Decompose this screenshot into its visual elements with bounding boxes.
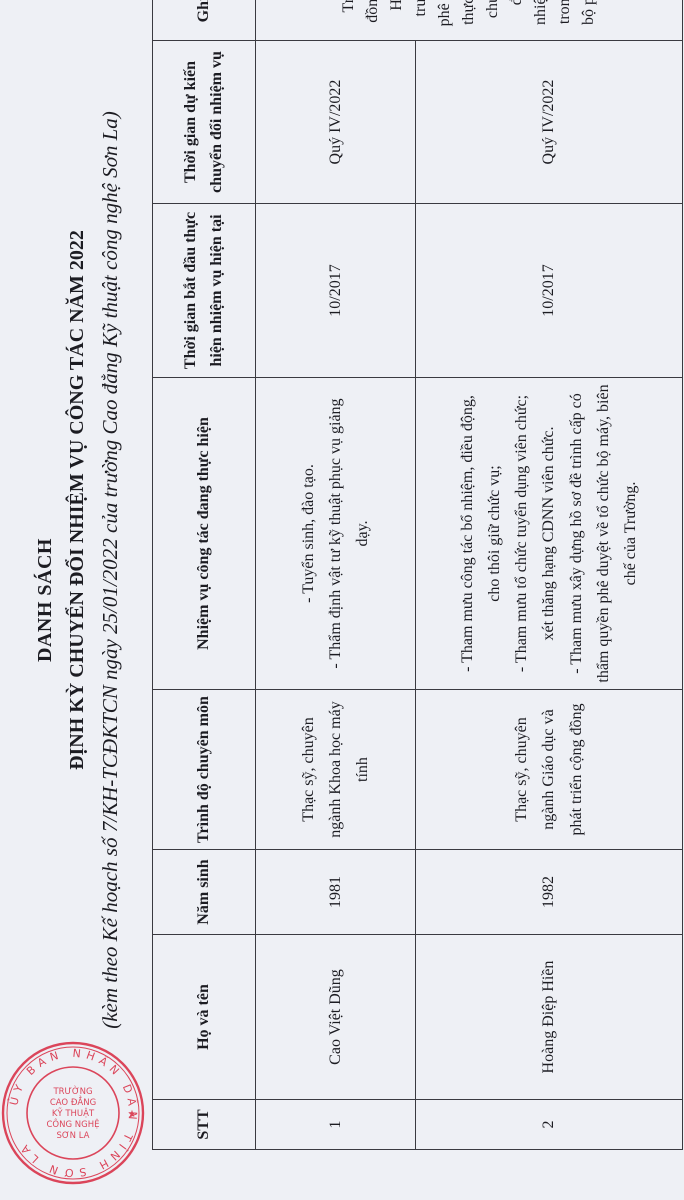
table-row: 1Cao Việt Dũng1981Thạc sỹ, chuyên ngành … [256, 0, 416, 1150]
cell-start-time: 10/2017 [256, 204, 416, 378]
header-start-time: Thời gian bắt đầu thực hiện nhiệm vụ hiệ… [153, 204, 256, 378]
task-rotation-table: STTHọ và tênNăm sinhTrình độ chuyên mônN… [152, 0, 684, 1150]
task-line: - Thẩm định vật tư kỹ thuật phục vụ giản… [322, 384, 376, 683]
cell-qualification: Thạc sỹ, chuyên ngành Giáo dục và phát t… [416, 690, 683, 850]
task-line: - Tuyển sinh, đào tạo. [295, 384, 322, 683]
task-line: - Tham mưu tổ chức tuyển dụng viên chức;… [508, 384, 562, 683]
svg-text:KỸ THUẬT: KỸ THUẬT [52, 1107, 95, 1119]
cell-stt: 2 [416, 1100, 683, 1150]
cell-qualification: Thạc sỹ, chuyên ngành Khoa học máy tính [256, 690, 416, 850]
header-qualification: Trình độ chuyên môn [153, 690, 256, 850]
cell-stt: 1 [256, 1100, 416, 1150]
rotated-document-page: DANH SÁCH ĐỊNH KỲ CHUYỂN ĐỔI NHIỆM VỤ CÔ… [0, 0, 684, 1200]
document-title: DANH SÁCH [34, 0, 57, 1200]
table-header-row: STTHọ và tênNăm sinhTrình độ chuyên mônN… [153, 0, 256, 1150]
note-line: trưởng [409, 0, 433, 34]
note-line: bộ phòng [577, 0, 601, 34]
cell-birth-year: 1982 [416, 850, 683, 935]
header-birth-year: Năm sinh [153, 850, 256, 935]
document-subtitle: ĐỊNH KỲ CHUYỂN ĐỔI NHIỆM VỤ CÔNG TÁC NĂM… [66, 0, 89, 1000]
cell-birth-year: 1981 [256, 850, 416, 935]
note-line: nhiệm vụ [529, 0, 553, 34]
header-tasks: Nhiệm vụ công tác đang thực hiện [153, 378, 256, 690]
note-line: đồng chí [361, 0, 385, 34]
cell-name: Cao Việt Dũng [256, 935, 416, 1100]
note-line: Hiệu [385, 0, 409, 34]
header-stt: STT [153, 1100, 256, 1150]
header-planned-change: Thời gian dự kiến chuyển đổi nhiệm vụ [153, 41, 256, 204]
cell-note: Trìnhđồng chíHiệutrưởngphê duyệtthực hiệ… [256, 0, 683, 41]
task-line: - Tham mưu xây dựng hồ sơ đề trình cấp c… [563, 384, 645, 683]
header-name: Họ và tên [153, 935, 256, 1100]
note-line: phê duyệt [433, 0, 457, 34]
cell-name: Hoàng Điệp Hiền [416, 935, 683, 1100]
svg-text:SƠN LA: SƠN LA [57, 1131, 90, 1141]
cell-planned-change: Quý IV/2022 [256, 41, 416, 204]
official-seal-stamp: ỦY BAN NHÂN DÂN TỈNH SƠN LA ★ TRƯỜNGCAO … [0, 1040, 146, 1186]
note-line: thực hiện [457, 0, 481, 34]
cell-tasks: - Tuyển sinh, đào tạo.- Thẩm định vật tư… [256, 378, 416, 690]
task-line: - Tham mưu công tác bổ nhiệm, điều động,… [454, 384, 508, 683]
document-reference: (kèm theo Kế hoạch số 7/KH-TCĐKTCN ngày … [98, 0, 123, 1140]
header-note: Ghi chú [153, 0, 256, 41]
svg-text:TRƯỜNG: TRƯỜNG [52, 1085, 92, 1097]
note-line: đổi [505, 0, 529, 34]
note-line: Trình [337, 0, 361, 34]
table-row: 2Hoàng Điệp Hiền1982Thạc sỹ, chuyên ngàn… [416, 0, 683, 1150]
cell-start-time: 10/2017 [416, 204, 683, 378]
note-line: trong nội [553, 0, 577, 34]
cell-tasks: - Tham mưu công tác bổ nhiệm, điều động,… [416, 378, 683, 690]
note-line: chuyển [481, 0, 505, 34]
cell-planned-change: Quý IV/2022 [416, 41, 683, 204]
svg-text:★: ★ [128, 1109, 137, 1120]
